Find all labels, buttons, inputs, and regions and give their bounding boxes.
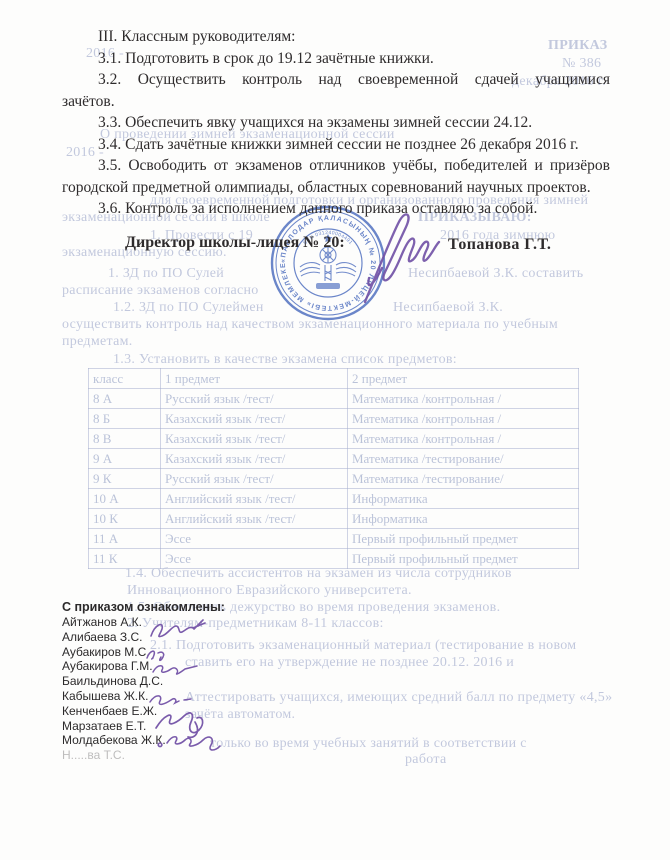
signature-scribble-aubakirova: [150, 660, 200, 676]
order-paragraph: 3.6. Контроль за исполнением данного при…: [62, 198, 610, 220]
order-paragraph: 3.1. Подготовить в срок до 19.12 зачётны…: [62, 48, 610, 70]
order-paragraph: 3.4. Сдать зачётные книжки зимней сессии…: [62, 134, 610, 156]
signature-scribble-moldabekova: [156, 728, 224, 754]
order-paragraph: 3.5. Освободить от экзаменов отличников …: [62, 155, 610, 198]
acknowledgement-heading: С приказом ознакомлены:: [62, 600, 322, 615]
director-title: Директор школы-лицея № 20:: [125, 234, 345, 252]
signature-scribble-alibaeva: [147, 618, 209, 642]
order-paragraph: 3.3. Обеспечить явку учащихся на экзамен…: [62, 112, 610, 134]
acknowledgement-name: Баильдинова Д.С.: [62, 674, 322, 689]
scanned-order-page: класс1 предмет2 предмет8 АРусский язык /…: [0, 0, 670, 860]
acknowledgement-block: С приказом ознакомлены: Айтжанов А.К.Али…: [62, 600, 322, 763]
signature-scribble-kabysheva: [146, 690, 192, 708]
director-signature-scribble: [352, 206, 447, 306]
order-section-heading: III. Классным руководителям:: [62, 26, 610, 48]
order-section-3: III. Классным руководителям: 3.1. Подгот…: [0, 0, 670, 220]
acknowledgement-name: Кабышева Ж.К.: [62, 689, 322, 704]
director-name: Топанова Г.Т.: [448, 236, 551, 254]
order-paragraph: 3.2. Осуществить контроль над своевремен…: [62, 69, 610, 112]
acknowledgement-name: Аубакиров М.С.: [62, 645, 322, 660]
